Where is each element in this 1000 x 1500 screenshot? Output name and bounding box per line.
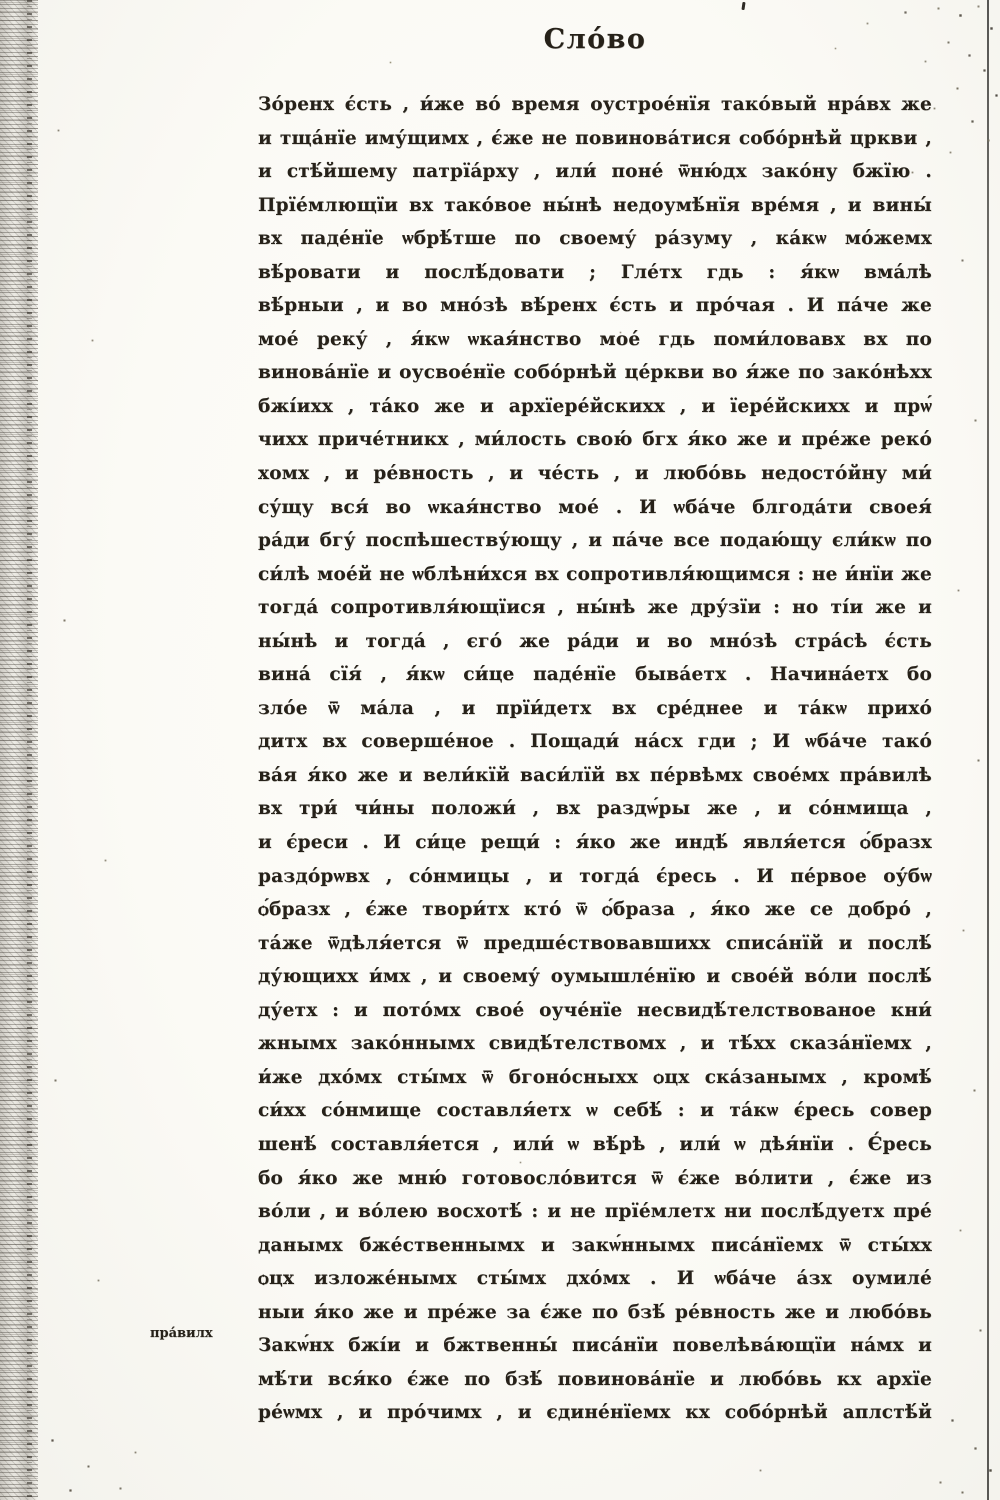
text-line: бжі́ихх , та́ко же и архїере́йскихх , и … <box>258 390 932 424</box>
text-line: мѣ́ти вся́ко є́же по бзѣ́ повинова́нїе и… <box>258 1363 932 1397</box>
text-line: и стѣ́йшему патрїа́рху , или́ поне́ ѿню́… <box>258 155 932 189</box>
text-line: бо я́ко же мню́ готовосло́вится ѿ є́же в… <box>258 1162 932 1196</box>
text-line: вѣ́рныи , и во мно́зѣ вѣ́ренх є́сть и пр… <box>258 289 932 323</box>
text-line: та́же ѿдѣля́ется ѿ предше́ствовавшихх сп… <box>258 927 932 961</box>
text-line: тогда́ сопротивля́ющїися , ны́нѣ же дру́… <box>258 591 932 625</box>
text-line: чихх приче́тникх , ми́лость свою́ бгх я́… <box>258 423 932 457</box>
text-line: Прїе́млющїи вх тако́вое ны́нѣ недоумѣ́нї… <box>258 189 932 223</box>
text-line: ва́я я́ко же и вели́кїй васи́лїй вх пе́р… <box>258 759 932 793</box>
text-line: си́хх со́нмище составля́етх ѡ себѣ́ : и … <box>258 1094 932 1128</box>
text-line: ѻцх изложе́нымх сты́мх дхо́мх . И ѡба́че… <box>258 1262 932 1296</box>
text-line: вина́ сїя́ , я́кѡ си́це паде́нїе быва́ет… <box>258 658 932 692</box>
scan-noise-speckles <box>0 0 1 1</box>
text-line: и́же дхо́мх сты́мх ѿ бгоно́сныхх ѻцх ска… <box>258 1061 932 1095</box>
scan-edge-line <box>987 0 989 1500</box>
text-line: вх три́ чи́ны положи́ , вх раздѡ́ры же ,… <box>258 792 932 826</box>
text-line: ре́ѡмх , и про́чимх , и єдине́нїемх кх с… <box>258 1396 932 1430</box>
text-line: жнымх зако́ннымх свидѣ́телствомх , и тѣ́… <box>258 1027 932 1061</box>
text-line: мое́ реку́ , я́кѡ ѡкая́нство мое́ гдь по… <box>258 323 932 357</box>
text-line: су́щу вся́ во ѡкая́нство мое́ . И ѡба́че… <box>258 491 932 525</box>
text-line: и тща́нїе иму́щимх , є́же не повинова́ти… <box>258 122 932 156</box>
margin-note: пра́вилх <box>150 1326 250 1341</box>
text-line: си́лѣ мое́й не ѡблѣни́хся вх сопротивля́… <box>258 558 932 592</box>
text-line: ду́етх : и пото́мх свое́ оуче́нїе несвид… <box>258 994 932 1028</box>
page-title: Сло́во <box>258 24 932 55</box>
text-line: данымх бже́ственнымх и закѡ́ннымх писа́н… <box>258 1229 932 1263</box>
body-text: Зо́ренх є́сть , и́же во́ время оустрое́н… <box>258 88 932 1430</box>
text-line: вѣ́ровати и послѣ́довати ; Гле́тх гдь : … <box>258 256 932 290</box>
text-line: хомх , и ре́вность , и че́сть , и любо́в… <box>258 457 932 491</box>
text-line: и є́реси . И си́це рещи́ : я́ко же индѣ́… <box>258 826 932 860</box>
scan-binding-edge-rule <box>27 0 32 1500</box>
text-line: Закѡ́нх бжі́и и бжтвенны́ писа́нїи повел… <box>258 1329 932 1363</box>
text-line: ра́ди бгу́ поспѣшеству́ющу , и па́че все… <box>258 524 932 558</box>
scan-binding-edge <box>0 0 38 1500</box>
text-line: ѻ́бразх , є́же твори́тх кто́ ѿ ѻ́браза ,… <box>258 893 932 927</box>
text-line: ныи я́ко же и пре́же за є́же по бзѣ́ ре́… <box>258 1296 932 1330</box>
text-line: винова́нїе и оусвое́нїе собо́рнѣй це́ркв… <box>258 356 932 390</box>
text-line: Зо́ренх є́сть , и́же во́ время оустрое́н… <box>258 88 932 122</box>
scanned-book-page: { "colors": { "paper": "#fbfaf5", "ink":… <box>0 0 1000 1500</box>
text-line: вх паде́нїе ѡбрѣ́тше по своему́ ра́зуму … <box>258 222 932 256</box>
text-line: ду́ющихх и́мх , и своему́ оумышле́нїю и … <box>258 960 932 994</box>
text-line: шенѣ́ составля́ется , или́ ѡ вѣ́рѣ , или… <box>258 1128 932 1162</box>
text-line: раздо́рѡвх , со́нмицы , и тогда́ є́ресь … <box>258 860 932 894</box>
text-line: ны́нѣ и тогда́ , єго́ же ра́ди и во мно́… <box>258 625 932 659</box>
text-line: дитх вх соверше́ное . Пощади́ на́сх гди … <box>258 725 932 759</box>
text-line: зло́е ѿ ма́ла , и прїи́детх вх сре́днее … <box>258 692 932 726</box>
text-line: во́ли , и во́лею восхотѣ́ : и не прїе́мл… <box>258 1195 932 1229</box>
scan-ink-mark <box>741 2 745 10</box>
